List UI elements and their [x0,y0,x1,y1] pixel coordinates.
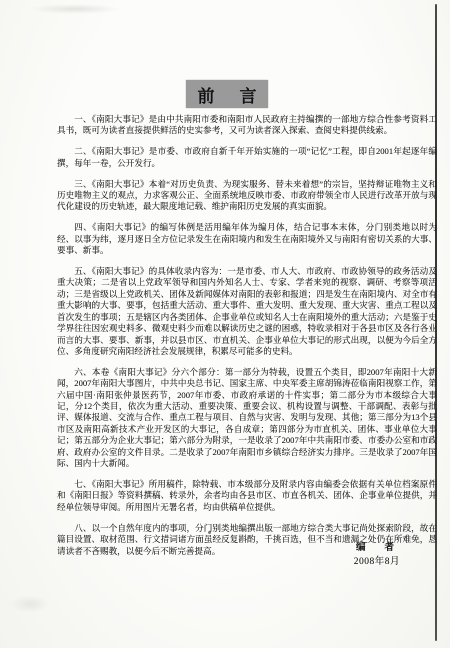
page-title: 前 言 [186,80,268,108]
signature-editor: 编 者 [356,539,394,553]
preface-paragraph: 四、《南阳大事记》的编写体例是活用编年体为编月体，结合记事本末体，分门别类地以时… [57,222,437,256]
preface-paragraph: 五、《南阳大事记》的具体收录内容为：一是市委、市人大、市政府、市政协领导的政务活… [57,266,437,357]
signature-date: 2008年8月 [354,553,400,567]
scan-smudge-artifact [10,595,50,613]
page-title-text: 前 言 [194,82,261,107]
preface-paragraph: 二、《南阳大事记》是市委、市政府自新千年开始实施的一项“记忆”工程，即自2001… [57,146,437,169]
preface-paragraph: 七、《南阳大事记》所用稿件，除特载、市本级部分及附录内容由编委会依据有关单位档案… [57,479,437,513]
preface-paragraph: 三、《南阳大事记》本着“对历史负责、为现实服务、替未来着想”的宗旨，坚持辩证唯物… [57,179,437,213]
scan-smudge-artifact [30,4,120,14]
preface-page: 前 言 一、《南阳大事记》是由中共南阳市委和南阳市人民政府主持编撰的一部地方综合… [0,0,450,648]
preface-paragraph: 一、《南阳大事记》是由中共南阳市委和南阳市人民政府主持编撰的一部地方综合性参考资… [57,114,437,137]
scan-dot-artifact [208,531,211,534]
preface-body: 一、《南阳大事记》是由中共南阳市委和南阳市人民政府主持编撰的一部地方综合性参考资… [57,114,437,566]
preface-paragraph: 六、本卷《南阳大事记》分六个部分：第一部分为特载，设置五个类目，即2007年南阳… [57,367,437,470]
